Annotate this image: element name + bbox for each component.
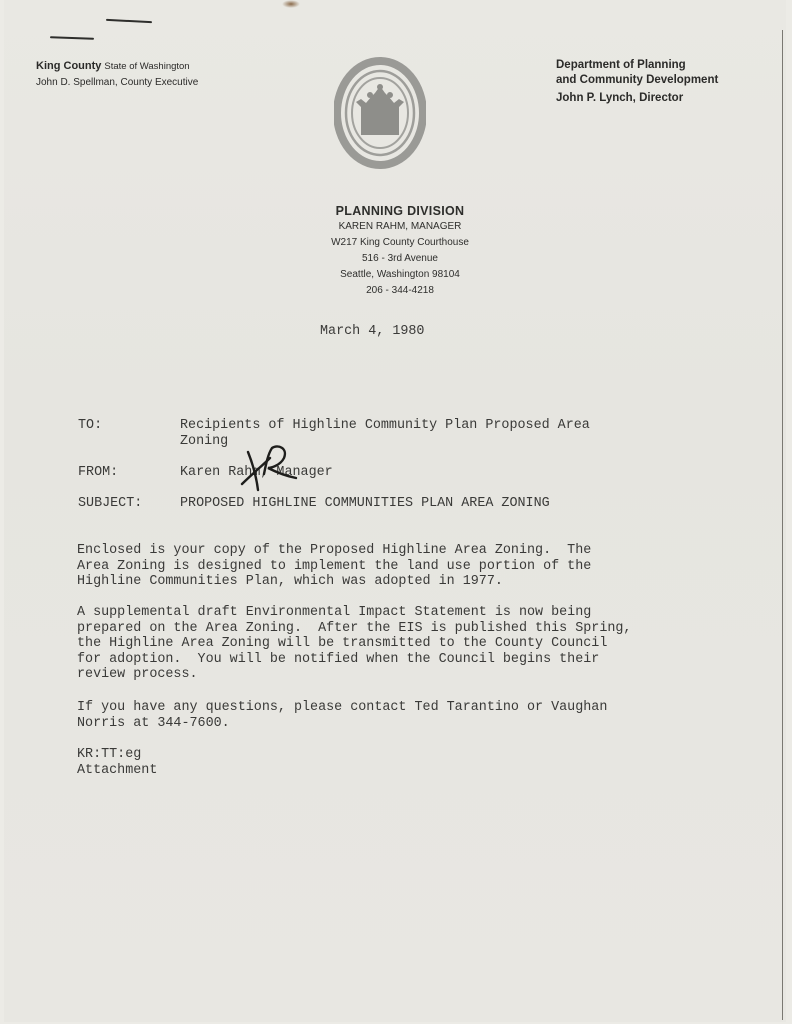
paragraph-line: the Highline Area Zoning will be transmi… [77, 636, 607, 651]
page-edge [782, 30, 783, 1020]
county-name: King County [36, 60, 101, 72]
letter-date: March 4, 1980 [320, 324, 424, 339]
crown-seal-icon [334, 57, 426, 169]
department-director: John P. Lynch, Director [556, 91, 718, 106]
subject-value: PROPOSED HIGHLINE COMMUNITIES PLAN AREA … [180, 496, 550, 512]
paragraph-line: prepared on the Area Zoning. After the E… [77, 621, 631, 636]
department-name-line1: Department of Planning [556, 58, 718, 73]
reference-initials: KR:TT:eg [77, 747, 141, 763]
division-manager: KAREN RAHM, MANAGER [250, 219, 550, 235]
to-value-line1: Recipients of Highline Community Plan Pr… [180, 418, 590, 433]
division-phone: 206 - 344-4218 [250, 283, 550, 299]
paragraph-line: Norris at 344-7600. [77, 716, 230, 731]
paragraph-line: for adoption. You will be notified when … [77, 652, 599, 667]
letterhead-left: King CountyState of Washington John D. S… [36, 58, 198, 91]
division-address-block: PLANNING DIVISION KAREN RAHM, MANAGER W2… [250, 203, 550, 299]
division-room: W217 King County Courthouse [250, 235, 550, 251]
body-paragraph-1: Enclosed is your copy of the Proposed Hi… [77, 543, 591, 590]
paper-stain [282, 0, 300, 8]
county-executive: John D. Spellman, County Executive [36, 75, 198, 91]
paragraph-line: If you have any questions, please contac… [77, 700, 607, 715]
division-city: Seattle, Washington 98104 [250, 267, 550, 283]
subject-label: SUBJECT: [78, 496, 142, 511]
letterhead-right: Department of Planning and Community Dev… [556, 58, 718, 106]
paragraph-line: A supplemental draft Environmental Impac… [77, 605, 591, 620]
body-paragraph-2: A supplemental draft Environmental Impac… [77, 605, 631, 683]
division-title: PLANNING DIVISION [250, 203, 550, 219]
paragraph-line: Enclosed is your copy of the Proposed Hi… [77, 543, 591, 558]
paragraph-line: Highline Communities Plan, which was ado… [77, 574, 503, 589]
to-value-line2: Zoning [180, 434, 228, 449]
state-name: State of Washington [104, 61, 189, 72]
to-label: TO: [78, 418, 102, 433]
division-street: 516 - 3rd Avenue [250, 251, 550, 267]
body-paragraph-3: If you have any questions, please contac… [77, 700, 607, 731]
paragraph-line: review process. [77, 667, 198, 682]
from-label: FROM: [78, 465, 118, 480]
department-name-line2: and Community Development [556, 73, 718, 88]
enclosure-note: Attachment [77, 763, 157, 779]
handwritten-initials-signature [240, 444, 300, 494]
paragraph-line: Area Zoning is designed to implement the… [77, 559, 591, 574]
